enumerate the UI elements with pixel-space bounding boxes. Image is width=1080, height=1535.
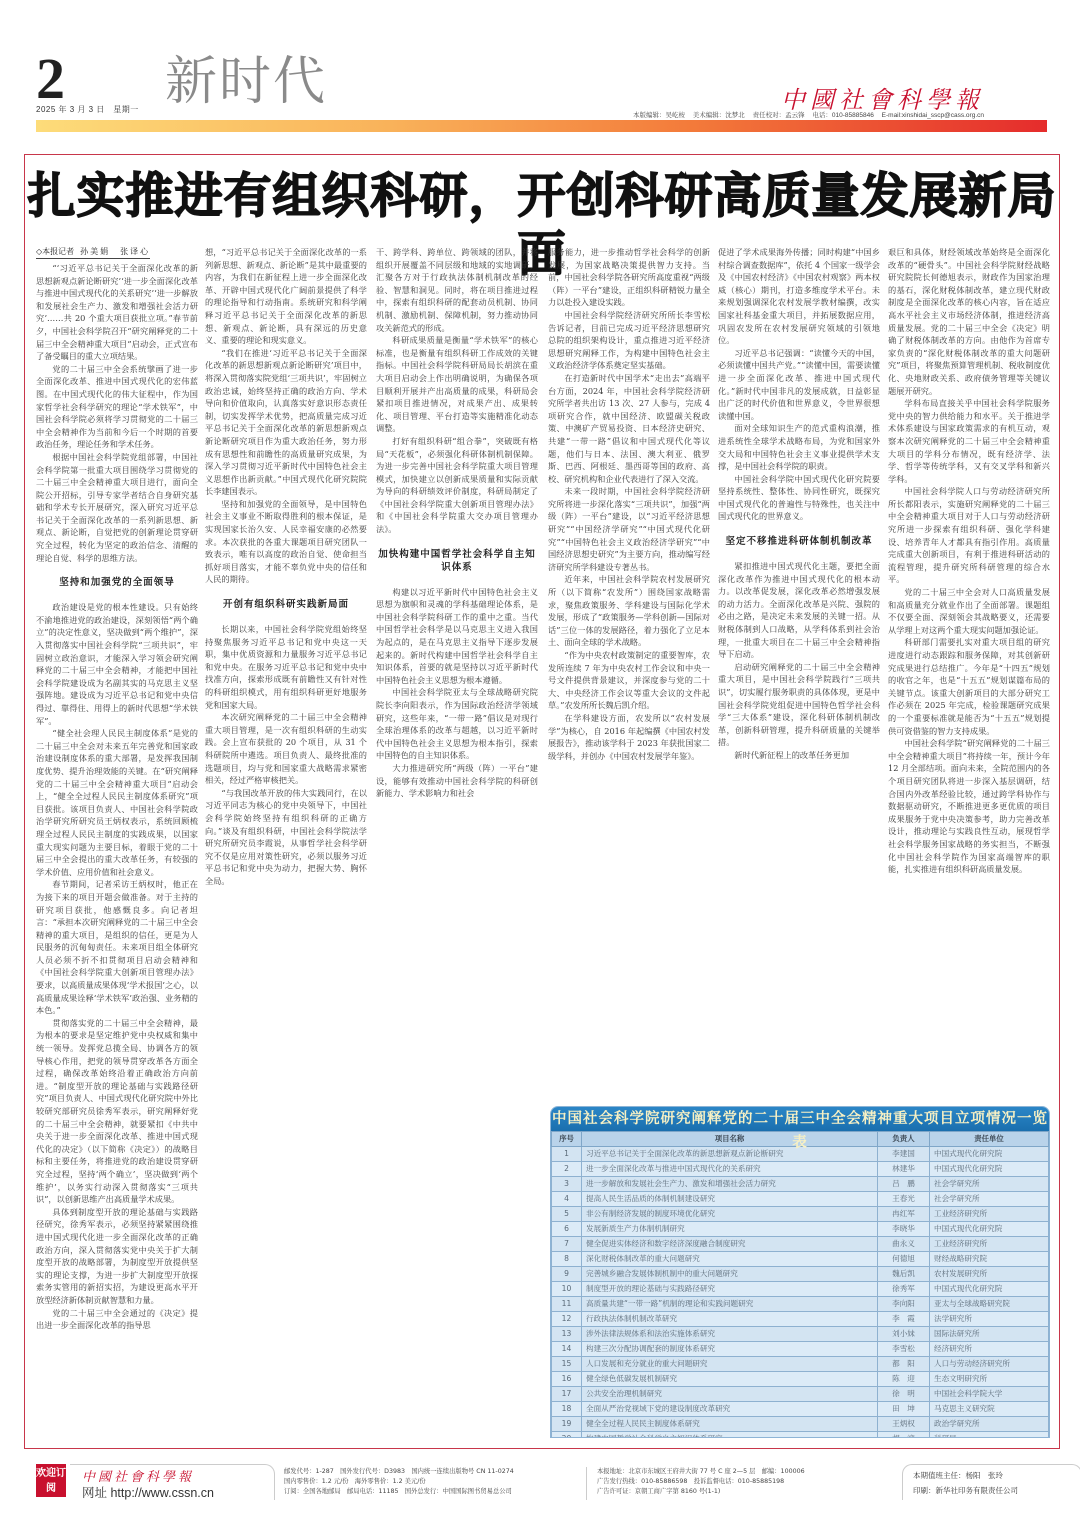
table-row: 16健全绿色低碳发展机制研究陈 迎生态文明研究所 (552, 1371, 1049, 1386)
footer-distribution-info: 邮发代号：1-287 国外发行代号：D3983 国内统一连续出版物号 CN 11… (284, 1467, 514, 1497)
row-project-name: 发展新质生产力体制机制研究 (582, 1221, 878, 1236)
table-row: 8深化财税体制改革的重大问题研究何德旭财经战略研究院 (552, 1251, 1049, 1266)
row-seq: 16 (552, 1371, 582, 1386)
paragraph: 党的二十届三中全会对人口高质量发展和高质量充分就业作出了全面部署。课题组不仅要全… (888, 586, 1050, 636)
row-unit: 农村发展研究所 (930, 1266, 1049, 1281)
row-person: 王春光 (878, 1191, 930, 1206)
row-seq: 5 (552, 1206, 582, 1221)
row-unit: 社会学研究所 (930, 1176, 1049, 1191)
paragraph: 本次研究阐释党的二十届三中全会精神重大项目管理，是一次有组织科研的生动实践。会上… (205, 711, 367, 787)
staff-phone: 电话：010-85885846 (812, 112, 873, 119)
project-list-table: 序号 项目名称 负责人 责任单位 1习近平总书记关于全面深化改革的新思想新观点新… (551, 1131, 1049, 1438)
paragraph: 政治建设是党的根本性建设。只有始终不渝地推进党的政治建设，深刻领悟“两个确立”的… (36, 601, 198, 727)
paragraph: 党的二十届三中全会通过的《决定》提出进一步全面深化改革的指导思 (36, 1307, 198, 1332)
paragraph: “我们在推进‘习近平总书记关于全面深化改革的新思想新观点新论断研究’项目中，将深… (205, 347, 367, 498)
paragraph: “作为中央农村政策制定的重要智库，农发所连续 7 年为中央农村工作会议和中央一号… (548, 649, 710, 712)
subscribe-badge[interactable]: 欢迎订阅 (36, 1464, 66, 1497)
table-row: 11高质量共建“一带一路”机制的理论和实践问题研究李向阳亚太与全球战略研究院 (552, 1296, 1049, 1311)
section-subhead: 加快构建中国哲学社会科学自主知识体系 (376, 548, 538, 574)
staff-proofreader: 责任校对：孟云锋 (753, 112, 805, 119)
paragraph: 习近平总书记强调：“读懂今天的中国，必须读懂中国共产党。”“读懂中国，需要读懂进… (718, 347, 880, 423)
table-row: 3进一步解放和发展社会生产力、激发和增强社会活力研究吕 鹏社会学研究所 (552, 1176, 1049, 1191)
row-unit: 政治学研究所 (930, 1416, 1049, 1431)
row-project-name: 进一步解放和发展社会生产力、激发和增强社会活力研究 (582, 1176, 878, 1191)
footer: 欢迎订阅 中國社會科學報 网址 http://www.cssn.cn 邮发代号：… (36, 1464, 1047, 1500)
row-project-name: 行政执法体制机制改革研究 (582, 1311, 878, 1326)
issue-date: 2025 年 3 月 3 日 星期一 (36, 104, 139, 115)
row-project-name: 完善城乡融合发展体制机制中的重大问题研究 (582, 1266, 878, 1281)
row-unit: 中国式现代化研究院 (930, 1281, 1049, 1296)
paragraph: 科研部门需要扎实对重大项目组的研究进度进行动态跟踪和服务保障，对其创新研究成果进… (888, 636, 1050, 737)
row-seq: 20 (552, 1431, 582, 1438)
section-title: 新时代 (165, 56, 327, 108)
paragraph: 中国社会科学院人口与劳动经济研究所所长都阳表示，实施研究阐释党的二十届三中全会精… (888, 485, 1050, 586)
table-row: 17公共安全治理机制研究徐 明中国社会科学院大学 (552, 1386, 1049, 1401)
staff-art-editor: 美术编辑：沈梦北 (693, 112, 745, 119)
paragraph: 构建以习近平新时代中国特色社会主义思想为旗帜和灵魂的学科基础理论体系，是中国社会… (376, 586, 538, 687)
paragraph: 启动研究阐释党的二十届三中全会精神重大项目，是中国社会科学院践行“三项共识”，切… (718, 661, 880, 749)
paragraph: 在学科建设方面，农发所以“农村发展学”为核心，自 2016 年起编撰《中国农村发… (548, 712, 710, 762)
byline-label: ◇本报记者 (36, 247, 74, 256)
row-unit: 马克思主义研究院 (930, 1401, 1049, 1416)
row-person: 胡 滨 (878, 1431, 930, 1438)
paragraph: 在打造新时代中国学术“走出去”高端平台方面，2024 年，中国社会科学院经济研究… (548, 372, 710, 485)
row-seq: 8 (552, 1251, 582, 1266)
row-person: 李向阳 (878, 1296, 930, 1311)
header-seq: 序号 (552, 1132, 582, 1147)
row-seq: 11 (552, 1296, 582, 1311)
row-seq: 6 (552, 1221, 582, 1236)
article-column-3: 干、跨学科、跨单位、跨领域的团队，并将组织开展覆盖不同层级和地域的实地调研，汇聚… (376, 246, 538, 1426)
paragraph: 未来一段时期，中国社会科学院经济研究所将进一步深化落实“三项共识”，加强“两级（… (548, 485, 710, 573)
row-unit: 亚太与全球战略研究院 (930, 1296, 1049, 1311)
footer-address-info: 本报地址：北京市东城区王府井大街 77 号 C 座 2—5 层 邮编：10000… (586, 1467, 876, 1500)
row-project-name: 深化财税体制改革的重大问题研究 (582, 1251, 878, 1266)
table-row: 19健全全过程人民民主制度体系研究王炳权政治学研究所 (552, 1416, 1049, 1431)
row-unit: 社会学研究所 (930, 1191, 1049, 1206)
row-seq: 15 (552, 1356, 582, 1371)
row-unit: 中国式现代化研究院 (930, 1161, 1049, 1176)
info-line: 邮发代号：1-287 国外发行代号：D3983 国内统一连续出版物号 CN 11… (284, 1467, 514, 1477)
row-unit: 中国式现代化研究院 (930, 1146, 1049, 1161)
staff-email[interactable]: E-mail:xinshidai_sscp@cass.org.cn (882, 112, 984, 119)
row-person: 刘小妹 (878, 1326, 930, 1341)
row-seq: 9 (552, 1266, 582, 1281)
info-line: 国内零售价：1.2 元/份 海外零售价：1.2 美元/份 (284, 1477, 514, 1487)
row-project-name: 提高人民生活品质的体制机制建设研究 (582, 1191, 878, 1206)
row-unit: 国际法研究所 (930, 1326, 1049, 1341)
paragraph: 新时代新征程上的改革任务更加 (718, 749, 880, 762)
row-seq: 3 (552, 1176, 582, 1191)
row-seq: 13 (552, 1326, 582, 1341)
header-project-name: 项目名称 (582, 1132, 878, 1147)
table-row: 9完善城乡融合发展体制机制中的重大问题研究魏后凯农村发展研究所 (552, 1266, 1049, 1281)
table-row: 20构建中国哲学社会科学自主知识体系研究胡 滨科研局 (552, 1431, 1049, 1438)
table-row: 4提高人民生活品质的体制机制建设研究王春光社会学研究所 (552, 1191, 1049, 1206)
paragraph: “‘习近平总书记关于全面深化改革的新思想新观点新论断研究’‘进一步全面深化改革与… (36, 262, 198, 363)
duty-editor: 本期值班主任：杨阳 张玲 (913, 1468, 1080, 1483)
paragraph: 干、跨学科、跨单位、跨领域的团队，并将组织开展覆盖不同层级和地域的实地调研，汇聚… (376, 246, 538, 334)
paragraph: 党的二十届三中全会系统擘画了进一步全面深化改革、推进中国式现代化的宏伟蓝图。在中… (36, 363, 198, 451)
row-unit: 财经战略研究院 (930, 1251, 1049, 1266)
row-unit: 中国式现代化研究院 (930, 1221, 1049, 1236)
row-project-name: 非公有制经济发展的制度环境优化研究 (582, 1206, 878, 1221)
row-seq: 7 (552, 1236, 582, 1251)
article-column-4: 服务能力，进一步推动哲学社会科学的创新发展，为国家战略决策提供智力支持。当前，中… (548, 246, 710, 1086)
printer: 印刷：新华社印务有限责任公司 (913, 1483, 1080, 1498)
header-person: 负责人 (878, 1132, 930, 1147)
row-seq: 17 (552, 1386, 582, 1401)
footer-duty-info: 本期值班主任：杨阳 张玲 印刷：新华社印务有限责任公司 (902, 1464, 1080, 1500)
row-project-name: 公共安全治理机制研究 (582, 1386, 878, 1401)
row-seq: 2 (552, 1161, 582, 1176)
footer-logo-box: 中國社會科學報 网址 http://www.cssn.cn (70, 1464, 275, 1500)
row-unit: 法学研究所 (930, 1311, 1049, 1326)
staff-credits: 本版编辑：吴屹桉 美术编辑：沈梦北 责任校对：孟云锋 电话：010-858858… (627, 110, 984, 119)
byline: ◇本报记者孙美娟 张译心 (36, 246, 150, 259)
row-person: 王炳权 (878, 1416, 930, 1431)
row-seq: 18 (552, 1401, 582, 1416)
paragraph: 服务能力，进一步推动哲学社会科学的创新发展，为国家战略决策提供智力支持。当前，中… (548, 246, 710, 309)
paragraph: 面对全球知识生产的范式重构浪潮，推进系统性全球学术战略布局，为党和国家外交大局和… (718, 422, 880, 472)
row-person: 魏后凯 (878, 1266, 930, 1281)
row-person: 冉红军 (878, 1206, 930, 1221)
row-seq: 1 (552, 1146, 582, 1161)
row-unit: 经济研究所 (930, 1341, 1049, 1356)
row-project-name: 健全全过程人民民主制度体系研究 (582, 1416, 878, 1431)
row-project-name: 习近平总书记关于全面深化改革的新思想新观点新论断研究 (582, 1146, 878, 1161)
project-table: 中国社会科学院研究阐释党的二十届三中全会精神重大项目立项情况一览表 序号 项目名… (550, 1106, 1050, 1438)
paragraph: 中国社会科学院中国式现代化研究院要坚持系统性、整体性、协同性研究，既探究中国式现… (718, 473, 880, 523)
paragraph: 大力推进研究所“两级（阵）一平台”建设，能够有效推动中国社会科学院的科研创新能力… (376, 762, 538, 800)
row-unit: 生态文明研究所 (930, 1371, 1049, 1386)
row-person: 李 霞 (878, 1311, 930, 1326)
paragraph: 促进了学术成果海外传播；同时构建“中国乡村综合调查数据库”，依托 4 个国家一级… (718, 246, 880, 347)
row-person: 李雪松 (878, 1341, 930, 1356)
paragraph: 具体到制度型开放的理论基础与实践路径研究，徐秀军表示，必须坚持紧紧围绕推进中国式… (36, 1206, 198, 1307)
address-line: 广告发行热线：010-85886598 投诉监督电话：010-85885198 (597, 1477, 876, 1487)
table-row: 13涉外法律法规体系和法治实施体系研究刘小妹国际法研究所 (552, 1326, 1049, 1341)
paragraph: 科研成果质量是衡量“学术铁军”的核心标准，也是衡量有组织科研工作成效的关键指标。… (376, 334, 538, 435)
staff-editor: 本版编辑：吴屹桉 (633, 112, 685, 119)
row-person: 李晓华 (878, 1221, 930, 1236)
table-row: 7健全促进实体经济和数字经济深度融合制度研究曲永义工业经济研究所 (552, 1236, 1049, 1251)
paragraph: “健全社会理人民民主制度体系”是党的二十届三中全会对未来五年完善党和国家政治建设… (36, 727, 198, 878)
page-number: 2 (36, 50, 65, 108)
row-person: 陈 迎 (878, 1371, 930, 1386)
table-row: 5非公有制经济发展的制度环境优化研究冉红军工业经济研究所 (552, 1206, 1049, 1221)
row-project-name: 健全绿色低碳发展机制研究 (582, 1371, 878, 1386)
paragraph: 中国社会科学院亚太与全球战略研究院院长李向阳表示，作为国际政治经济学领域研究，这… (376, 686, 538, 762)
row-project-name: 全面从严治党视域下党的建设制度改革研究 (582, 1401, 878, 1416)
row-seq: 12 (552, 1311, 582, 1326)
article-column-1: “‘习近平总书记关于全面深化改革的新思想新观点新论断研究’‘进一步全面深化改革与… (36, 262, 198, 1442)
row-person: 徐 明 (878, 1386, 930, 1401)
paragraph: 艰巨和具体，财经领域改革始终是全面深化改革的“硬骨头”。中国社会科学院财经战略研… (888, 246, 1050, 397)
row-project-name: 进一步全面深化改革与推进中国式现代化的关系研究 (582, 1161, 878, 1176)
paragraph: 近年来，中国社会科学院农村发展研究所（以下简称“农发所”）围绕国家战略需求，聚焦… (548, 573, 710, 649)
row-project-name: 构建三次分配协调配套的制度体系研究 (582, 1341, 878, 1356)
info-line: 订阅：全国各地邮局 邮局电话：11185 国外总发行：中国国际图书贸易总公司 (284, 1487, 514, 1497)
row-person: 李建国 (878, 1146, 930, 1161)
row-unit: 工业经济研究所 (930, 1236, 1049, 1251)
table-row: 2进一步全面深化改革与推进中国式现代化的关系研究林建华中国式现代化研究院 (552, 1161, 1049, 1176)
row-person: 曲永义 (878, 1236, 930, 1251)
row-seq: 19 (552, 1416, 582, 1431)
row-person: 何德旭 (878, 1251, 930, 1266)
article-column-2: 想，“习近平总书记关于全面深化改革的一系列新思想、新观点、新论断”是其中最重要的… (205, 246, 367, 1426)
row-seq: 10 (552, 1281, 582, 1296)
row-person: 吕 鹏 (878, 1176, 930, 1191)
header-unit: 责任单位 (930, 1132, 1049, 1147)
table-row: 6发展新质生产力体制机制研究李晓华中国式现代化研究院 (552, 1221, 1049, 1236)
masthead: 2 2025 年 3 月 3 日 星期一 新时代 中國社會科學報 本版编辑：吴屹… (0, 0, 1080, 140)
paragraph: 紧扣推进中国式现代化主题，要把全面深化改革作为推进中国式现代化的根本动力。以改革… (718, 560, 880, 661)
paragraph: 中国社会科学院“研究阐释党的二十届三中全会精神重大项目”将持续一年，预计今年 1… (888, 737, 1050, 876)
table-row: 14构建三次分配协调配套的制度体系研究李雪松经济研究所 (552, 1341, 1049, 1356)
paragraph: 学科布局直接关乎中国社会科学院服务党中央的智力供给能力和水平。关于推进学术体系建… (888, 397, 1050, 485)
row-person: 林建华 (878, 1161, 930, 1176)
section-subhead: 开创有组织科研实践新局面 (205, 598, 367, 611)
footer-website-link[interactable]: 网址 http://www.cssn.cn (82, 1483, 214, 1501)
row-person: 徐秀军 (878, 1281, 930, 1296)
row-unit: 科研局 (930, 1431, 1049, 1438)
paragraph: 中国社会科学院经济研究所所长李雪松告诉记者，目前已完成习近平经济思想研究总院的组… (548, 309, 710, 372)
row-unit: 人口与劳动经济研究所 (930, 1356, 1049, 1371)
section-subhead: 坚定不移推进科研体制机制改革 (718, 535, 880, 548)
table-row: 18全面从严治党视域下党的建设制度改革研究田 坤马克思主义研究院 (552, 1401, 1049, 1416)
row-project-name: 人口发展和充分就业的重大问题研究 (582, 1356, 878, 1371)
row-unit: 中国社会科学院大学 (930, 1386, 1049, 1401)
row-project-name: 构建中国哲学社会科学自主知识体系研究 (582, 1431, 878, 1438)
paragraph: 根据中国社会科学院党组部署，中国社会科学院第一批重大项目围绕学习贯彻党的二十届三… (36, 451, 198, 564)
table-title: 中国社会科学院研究阐释党的二十届三中全会精神重大项目立项情况一览表 (551, 1107, 1049, 1131)
article-column-5: 促进了学术成果海外传播；同时构建“中国乡村综合调查数据库”，依托 4 个国家一级… (718, 246, 880, 1086)
paragraph: 贯彻落实党的二十届三中全会精神，最为根本的要求是坚定维护党中央权威和集中统一领导… (36, 1017, 198, 1206)
section-subhead: 坚持和加强党的全面领导 (36, 576, 198, 589)
paragraph: 春节期间，记者采访王炳权时，他正在为接下来的项目开题会做准备。对于主持的研究项目… (36, 878, 198, 1017)
table-row: 15人口发展和充分就业的重大问题研究都 阳人口与劳动经济研究所 (552, 1356, 1049, 1371)
gradient-color-bar (36, 120, 1047, 132)
paragraph: 坚持和加强党的全面领导，是中国特色社会主义事业不断取得胜利的根本保证，是实现国家… (205, 498, 367, 586)
paragraph: 打好有组织科研“组合拳”，突破既有格局“天花板”，必须强化科研体制机制保障。为进… (376, 435, 538, 536)
paragraph: 长期以来，中国社会科学院党组始终坚持聚焦服务习近平总书记和党中央这一天职，集中优… (205, 623, 367, 711)
row-project-name: 高质量共建“一带一路”机制的理论和实践问题研究 (582, 1296, 878, 1311)
paragraph: 想，“习近平总书记关于全面深化改革的一系列新思想、新观点、新论断”是其中最重要的… (205, 246, 367, 347)
byline-names: 孙美娟 张译心 (80, 247, 150, 256)
row-seq: 14 (552, 1341, 582, 1356)
paragraph: “与我国改革开放的伟大实践同行，在以习近平同志为核心的党中央领导下，中国社会科学… (205, 787, 367, 888)
row-person: 田 坤 (878, 1401, 930, 1416)
row-project-name: 健全促进实体经济和数字经济深度融合制度研究 (582, 1236, 878, 1251)
address-line: 本报地址：北京市东城区王府井大街 77 号 C 座 2—5 层 邮编：10000… (597, 1467, 876, 1477)
row-project-name: 制度型开放的理论基础与实践路径研究 (582, 1281, 878, 1296)
row-project-name: 涉外法律法规体系和法治实施体系研究 (582, 1326, 878, 1341)
article-column-6: 艰巨和具体，财经领域改革始终是全面深化改革的“硬骨头”。中国社会科学院财经战略研… (888, 246, 1050, 1086)
table-row: 12行政执法体制机制改革研究李 霞法学研究所 (552, 1311, 1049, 1326)
table-row: 10制度型开放的理论基础与实践路径研究徐秀军中国式现代化研究院 (552, 1281, 1049, 1296)
row-unit: 工业经济研究所 (930, 1206, 1049, 1221)
row-seq: 4 (552, 1191, 582, 1206)
row-person: 都 阳 (878, 1356, 930, 1371)
address-line: 广告许可证：京朝工商广字第 8160 号(1-1) (597, 1487, 876, 1497)
